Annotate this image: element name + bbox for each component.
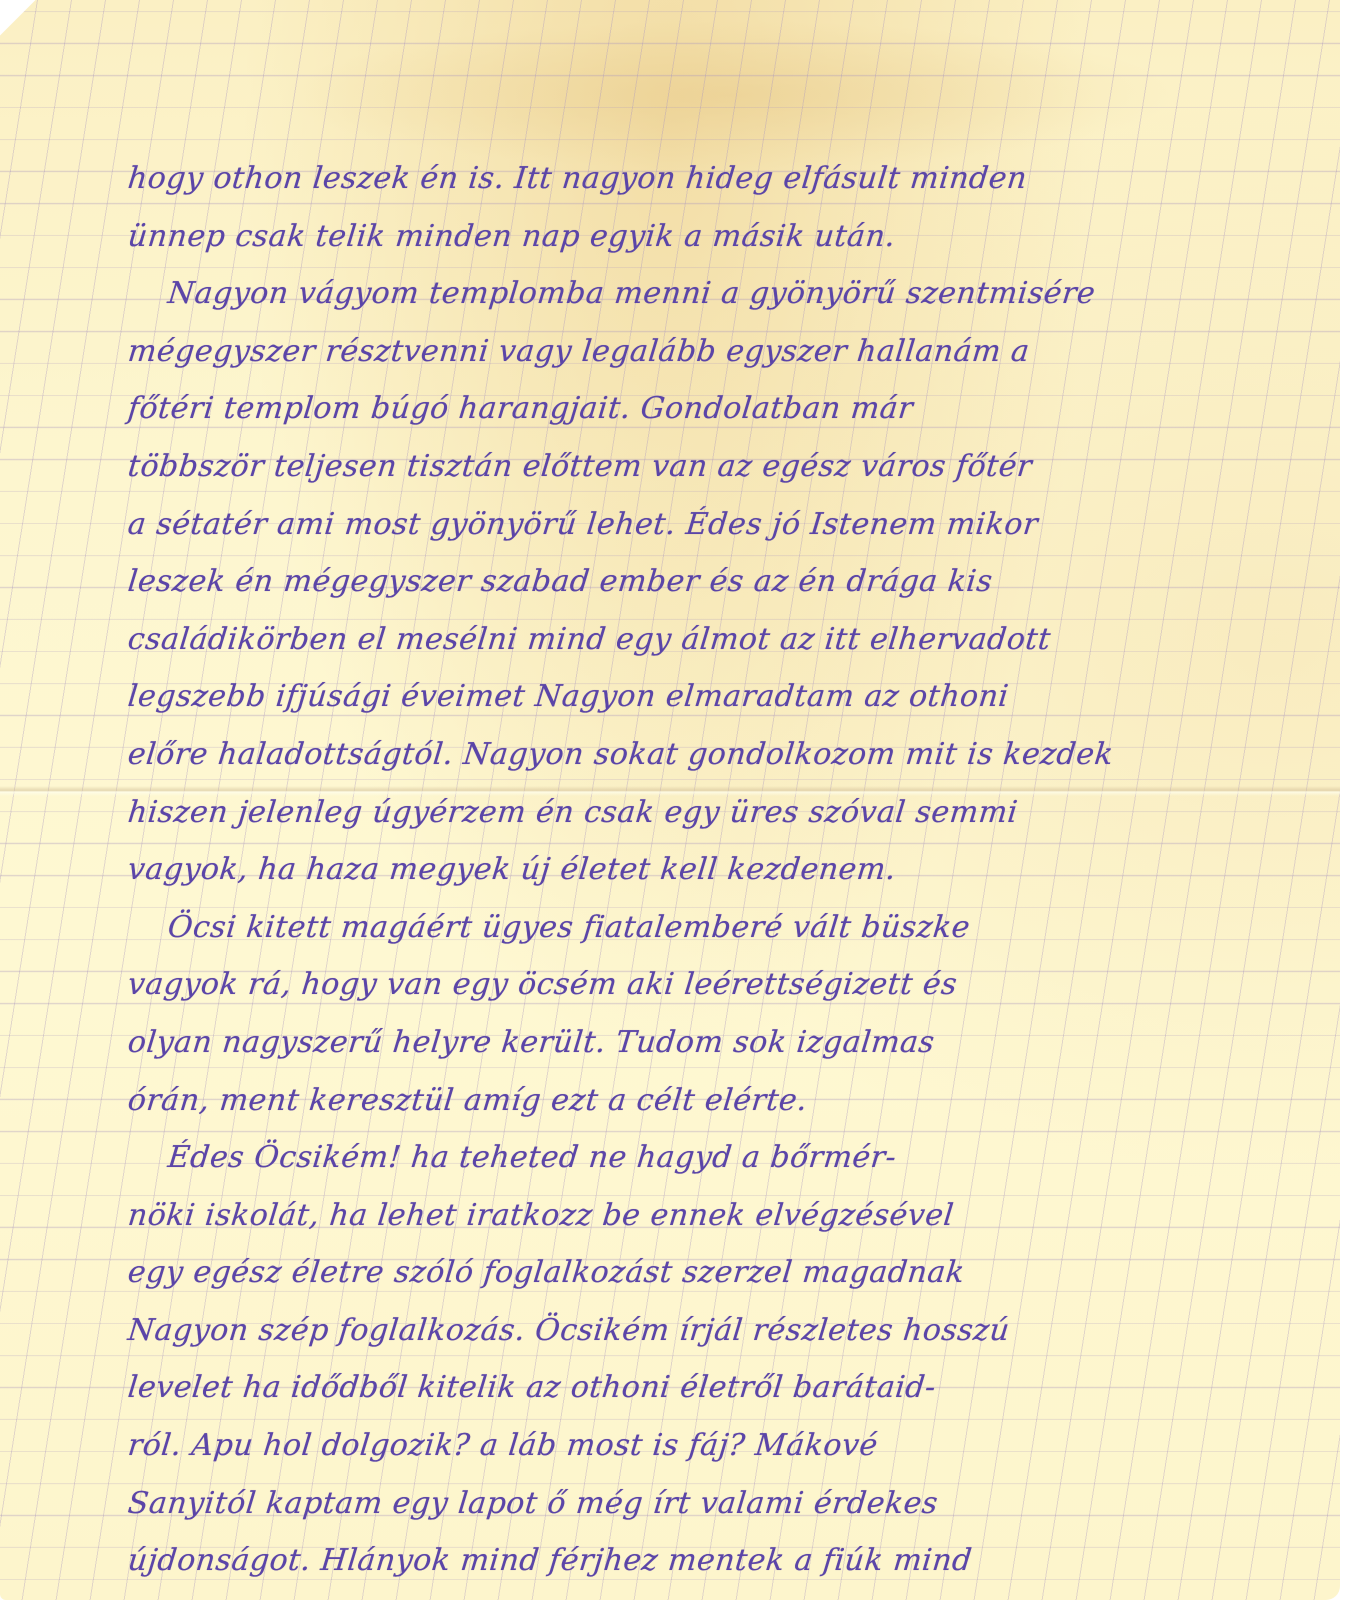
text-line: ról. Apu hol dolgozik? a láb most is fáj… (125, 1417, 1331, 1475)
text-line: hogy othon leszek én is. Itt nagyon hide… (125, 150, 1331, 208)
text-line: leszek én mégegyszer szabad ember és az … (125, 553, 1331, 611)
text-line: előre haladottságtól. Nagyon sokat gondo… (125, 726, 1331, 784)
text-line: a sétatér ami most gyönyörű lehet. Édes … (125, 496, 1331, 554)
text-line: vagyok, ha haza megyek új életet kell ke… (125, 841, 1331, 899)
text-line: Édes Öcsikém! ha teheted ne hagyd a bőrm… (125, 1129, 1331, 1187)
handwritten-text: hogy othon leszek én is. Itt nagyon hide… (128, 150, 1328, 1590)
text-line: levelet ha idődből kitelik az othoni éle… (125, 1359, 1331, 1417)
text-line: legszebb ifjúsági éveimet Nagyon elmarad… (125, 668, 1331, 726)
text-line: Sanyitól kaptam egy lapot ő még írt vala… (125, 1475, 1331, 1533)
text-line: többször teljesen tisztán előttem van az… (125, 438, 1331, 496)
text-line: főtéri templom búgó harangjait. Gondolat… (125, 380, 1331, 438)
torn-corner (0, 0, 40, 60)
text-line: órán, ment keresztül amíg ezt a célt elé… (125, 1072, 1331, 1130)
text-line: Öcsi kitett magáért ügyes fiatalemberé v… (125, 899, 1331, 957)
text-line: Nagyon szép foglalkozás. Öcsikém írjál r… (125, 1302, 1331, 1360)
text-line: Nagyon vágyom templomba menni a gyönyörű… (125, 265, 1331, 323)
text-line: újdonságot. Hlányok mind férjhez mentek … (125, 1532, 1331, 1590)
text-line: olyan nagyszerű helyre került. Tudom sok… (125, 1014, 1331, 1072)
text-line: családikörben el mesélni mind egy álmot … (125, 611, 1331, 669)
text-line: hiszen jelenleg úgyérzem én csak egy üre… (125, 784, 1331, 842)
text-line: vagyok rá, hogy van egy öcsém aki leéret… (125, 956, 1331, 1014)
text-line: ünnep csak telik minden nap egyik a mási… (125, 208, 1331, 266)
letter-paper: hogy othon leszek én is. Itt nagyon hide… (0, 0, 1340, 1600)
text-line: nöki iskolát, ha lehet iratkozz be ennek… (125, 1187, 1331, 1245)
text-line: egy egész életre szóló foglalkozást szer… (125, 1244, 1331, 1302)
text-line: mégegyszer résztvenni vagy legalább egys… (125, 323, 1331, 381)
